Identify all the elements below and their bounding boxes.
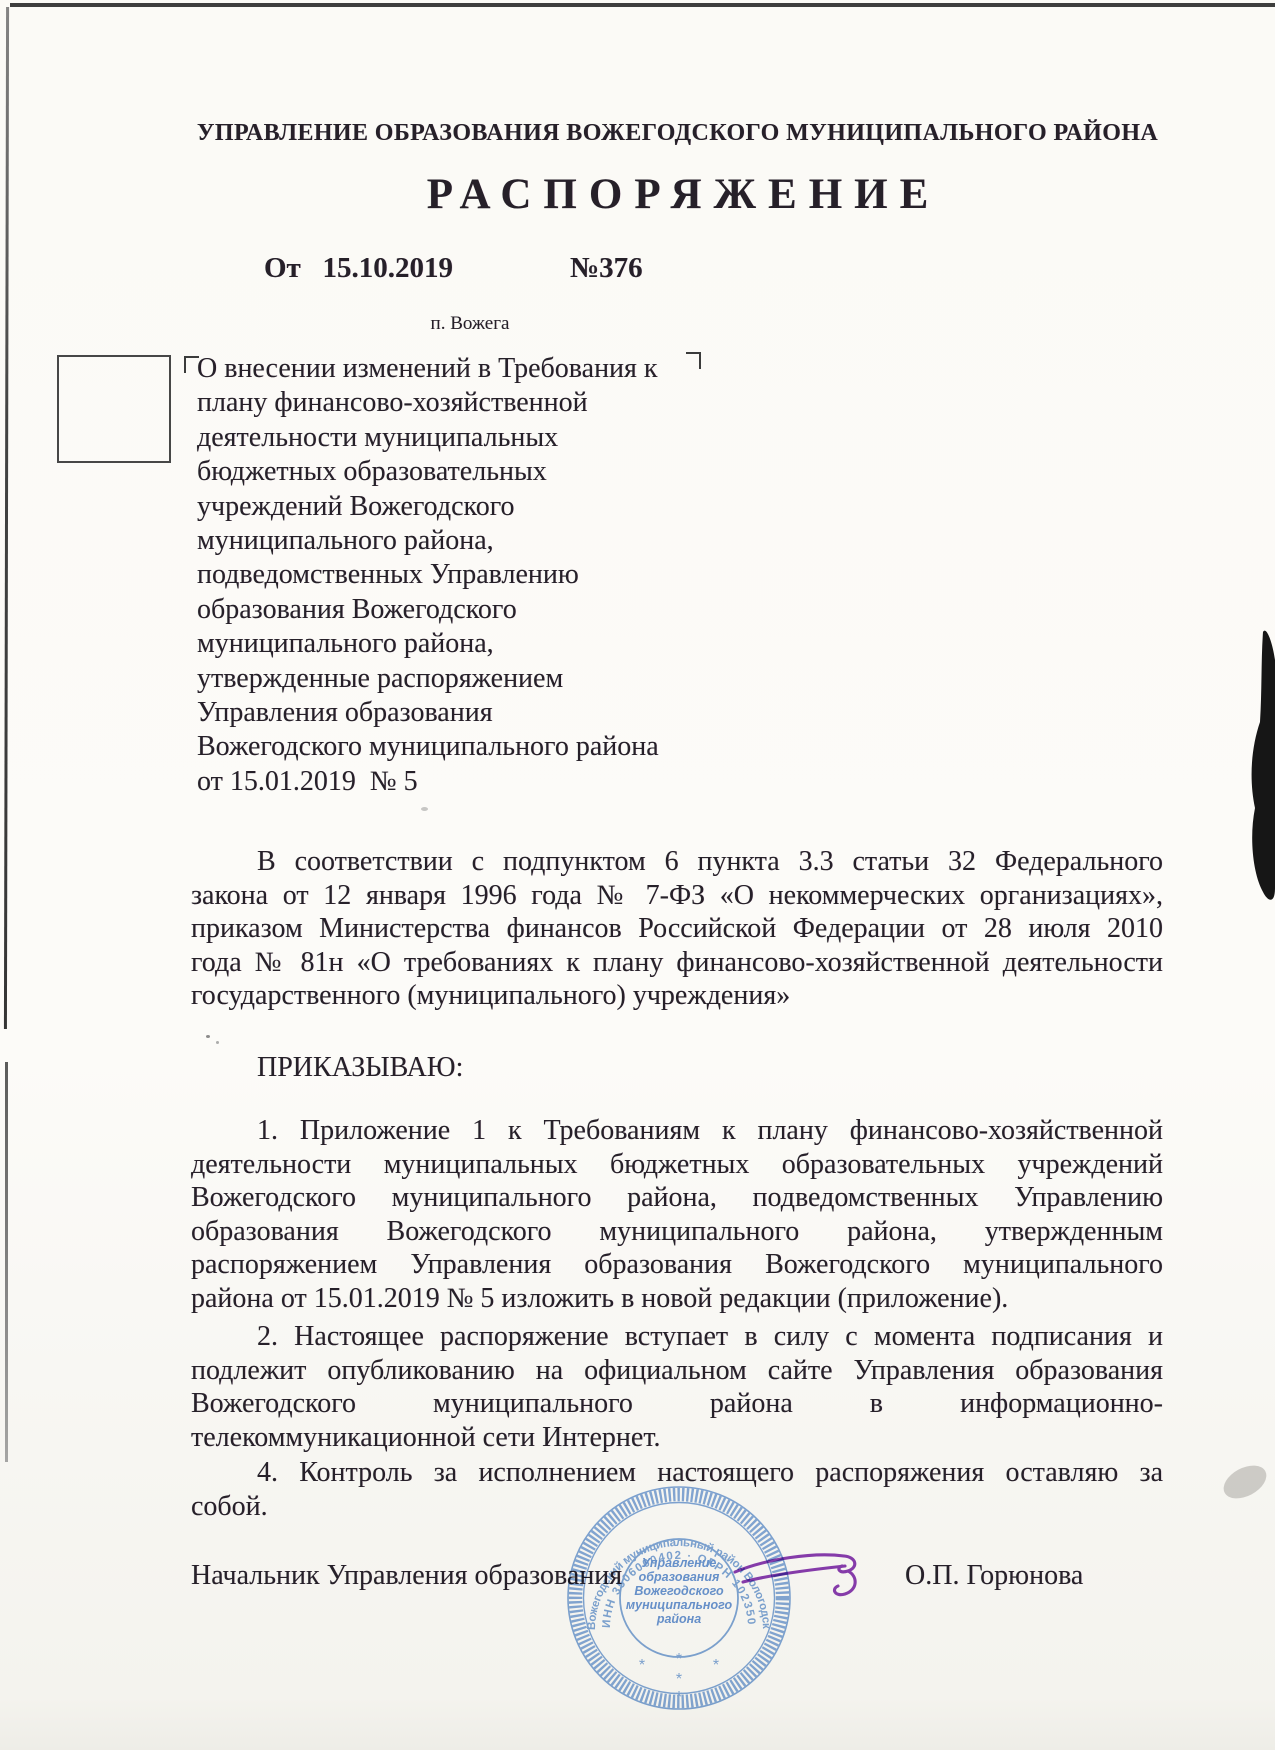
subject-line: деятельности муниципальных bbox=[197, 421, 797, 455]
empty-approval-box bbox=[57, 355, 171, 463]
scan-blob-artifact bbox=[1240, 630, 1275, 920]
order-item-line: 1. Приложение 1 к Требованиям к плану фи… bbox=[191, 1114, 1163, 1148]
document-subject: О внесении изменений в Требования к план… bbox=[197, 352, 797, 799]
subject-line: образования Вожегодского bbox=[197, 593, 797, 627]
order-item-line: образования Вожегодского муниципального … bbox=[191, 1215, 1163, 1249]
signer-name: О.П. Горюнова bbox=[905, 1560, 1083, 1592]
stamp-center-line: Управление bbox=[642, 1556, 717, 1570]
scan-edge-left-artifact bbox=[4, 7, 9, 1029]
subject-line: Вожегодского муниципального района bbox=[197, 730, 797, 764]
subject-line: муниципального района, bbox=[197, 627, 797, 661]
order-item-2: 2. Настоящее распоряжение вступает в сил… bbox=[191, 1320, 1163, 1454]
scan-edge-left-artifact-2 bbox=[5, 1062, 8, 1462]
preamble-paragraph: В соответствии с подпунктом 6 пункта 3.3… bbox=[191, 845, 1163, 1013]
preamble-line: государственного (муниципального) учрежд… bbox=[191, 979, 1163, 1013]
subject-line: муниципального района, bbox=[197, 524, 797, 558]
preamble-line: закона от 12 января 1996 года № 7-ФЗ «О … bbox=[191, 879, 1163, 913]
preamble-line: В соответствии с подпунктом 6 пункта 3.3… bbox=[191, 845, 1163, 879]
stamp-center-line: образования bbox=[639, 1570, 720, 1584]
subject-line: подведомственных Управлению bbox=[197, 558, 797, 592]
order-item-line: телекоммуникационной сети Интернет. bbox=[191, 1421, 1163, 1455]
subject-line: О внесении изменений в Требования к bbox=[197, 352, 797, 386]
preamble-line: приказом Министерства финансов Российско… bbox=[191, 912, 1163, 946]
order-item-line: подлежит опубликованию на официальном са… bbox=[191, 1354, 1163, 1388]
svg-text:*: * bbox=[676, 1689, 682, 1706]
order-item-line: деятельности муниципальных бюджетных обр… bbox=[191, 1148, 1163, 1182]
stamp-center-line: муниципального bbox=[626, 1598, 733, 1612]
scan-speck bbox=[421, 807, 428, 811]
svg-text:*: * bbox=[676, 1671, 682, 1688]
stamp-center-line: Вожегодского bbox=[634, 1584, 724, 1598]
subject-line: Управления образования bbox=[197, 696, 797, 730]
handwritten-signature bbox=[731, 1536, 871, 1626]
document-number: №376 bbox=[570, 252, 643, 285]
preamble-line: года № 81н «О требованиях к плану финанс… bbox=[191, 946, 1163, 980]
svg-text:*: * bbox=[676, 1651, 682, 1668]
subject-line: плану финансово-хозяйственной bbox=[197, 386, 797, 420]
organization-name: УПРАВЛЕНИЕ ОБРАЗОВАНИЯ ВОЖЕГОДСКОГО МУНИ… bbox=[150, 120, 1205, 147]
svg-text:*: * bbox=[639, 1657, 645, 1674]
document-place: п. Вожега bbox=[380, 313, 560, 335]
subject-line: утвержденные распоряжением bbox=[197, 662, 797, 696]
signer-position: Начальник Управления образования bbox=[191, 1560, 622, 1592]
subject-line: от 15.01.2019 № 5 bbox=[197, 765, 797, 799]
stamp-center-line: района bbox=[656, 1612, 701, 1626]
subject-line: учреждений Вожегодского bbox=[197, 490, 797, 524]
document-date: От 15.10.2019 bbox=[264, 252, 453, 285]
subject-line: бюджетных образовательных bbox=[197, 455, 797, 489]
scan-speck bbox=[206, 1035, 210, 1038]
order-item-line: Вожегодского муниципального района, подв… bbox=[191, 1181, 1163, 1215]
order-item-line: Вожегодского муниципального района в инф… bbox=[191, 1387, 1163, 1421]
scan-speck bbox=[216, 1041, 219, 1044]
document-type-title: РАСПОРЯЖЕНИЕ bbox=[150, 170, 1205, 219]
scan-edge-top-artifact bbox=[10, 3, 1275, 7]
order-keyword: ПРИКАЗЫВАЮ: bbox=[257, 1052, 463, 1084]
scanned-document-page: УПРАВЛЕНИЕ ОБРАЗОВАНИЯ ВОЖЕГОДСКОГО МУНИ… bbox=[0, 0, 1275, 1750]
order-item-line: района от 15.01.2019 № 5 изложить в ново… bbox=[191, 1282, 1163, 1316]
scan-smudge-artifact bbox=[1218, 1459, 1272, 1505]
order-item-line: 2. Настоящее распоряжение вступает в сил… bbox=[191, 1320, 1163, 1354]
svg-text:*: * bbox=[713, 1657, 719, 1674]
order-item-1: 1. Приложение 1 к Требованиям к плану фи… bbox=[191, 1114, 1163, 1316]
order-item-line: распоряжением Управления образования Вож… bbox=[191, 1248, 1163, 1282]
